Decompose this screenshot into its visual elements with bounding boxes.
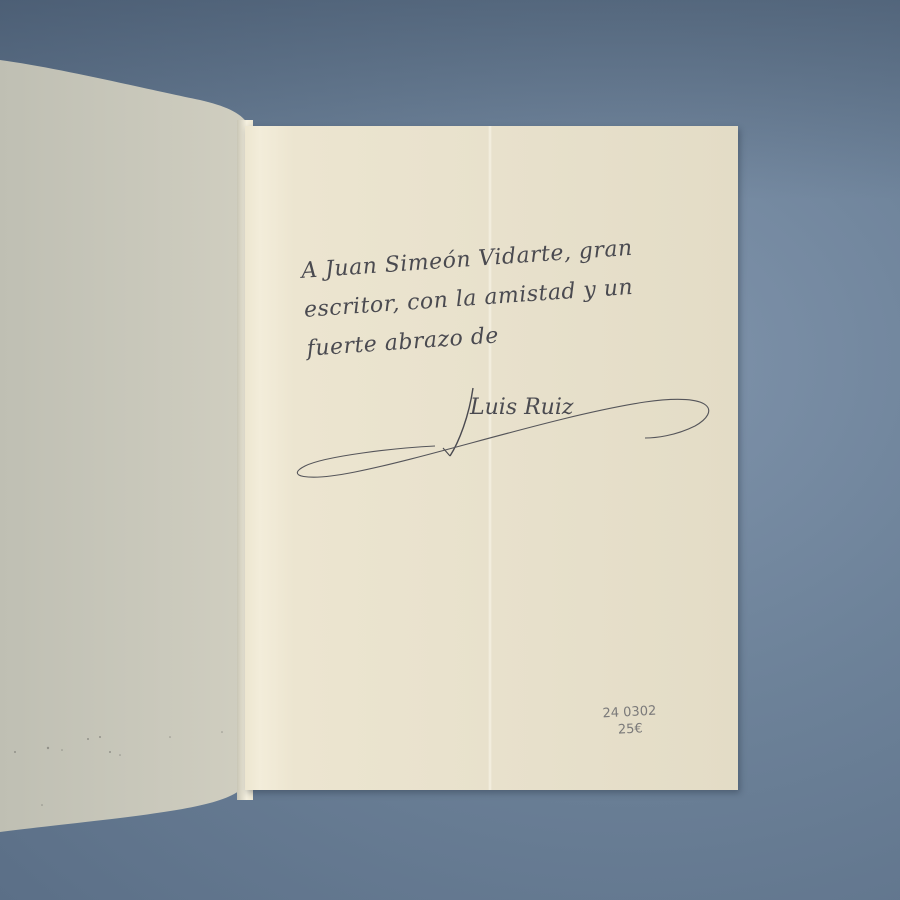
pencil-note-line-1: 24 0302 bbox=[602, 703, 657, 723]
pencil-price-note: 24 0302 25€ bbox=[602, 703, 657, 740]
pencil-note-line-2: 25€ bbox=[603, 720, 658, 740]
book-photograph: A Juan Simeón Vidarte, gran escritor, co… bbox=[0, 0, 900, 900]
signature-text: Luis Ruiz bbox=[469, 395, 574, 420]
signature-flourish: Luis Ruiz bbox=[245, 126, 738, 790]
